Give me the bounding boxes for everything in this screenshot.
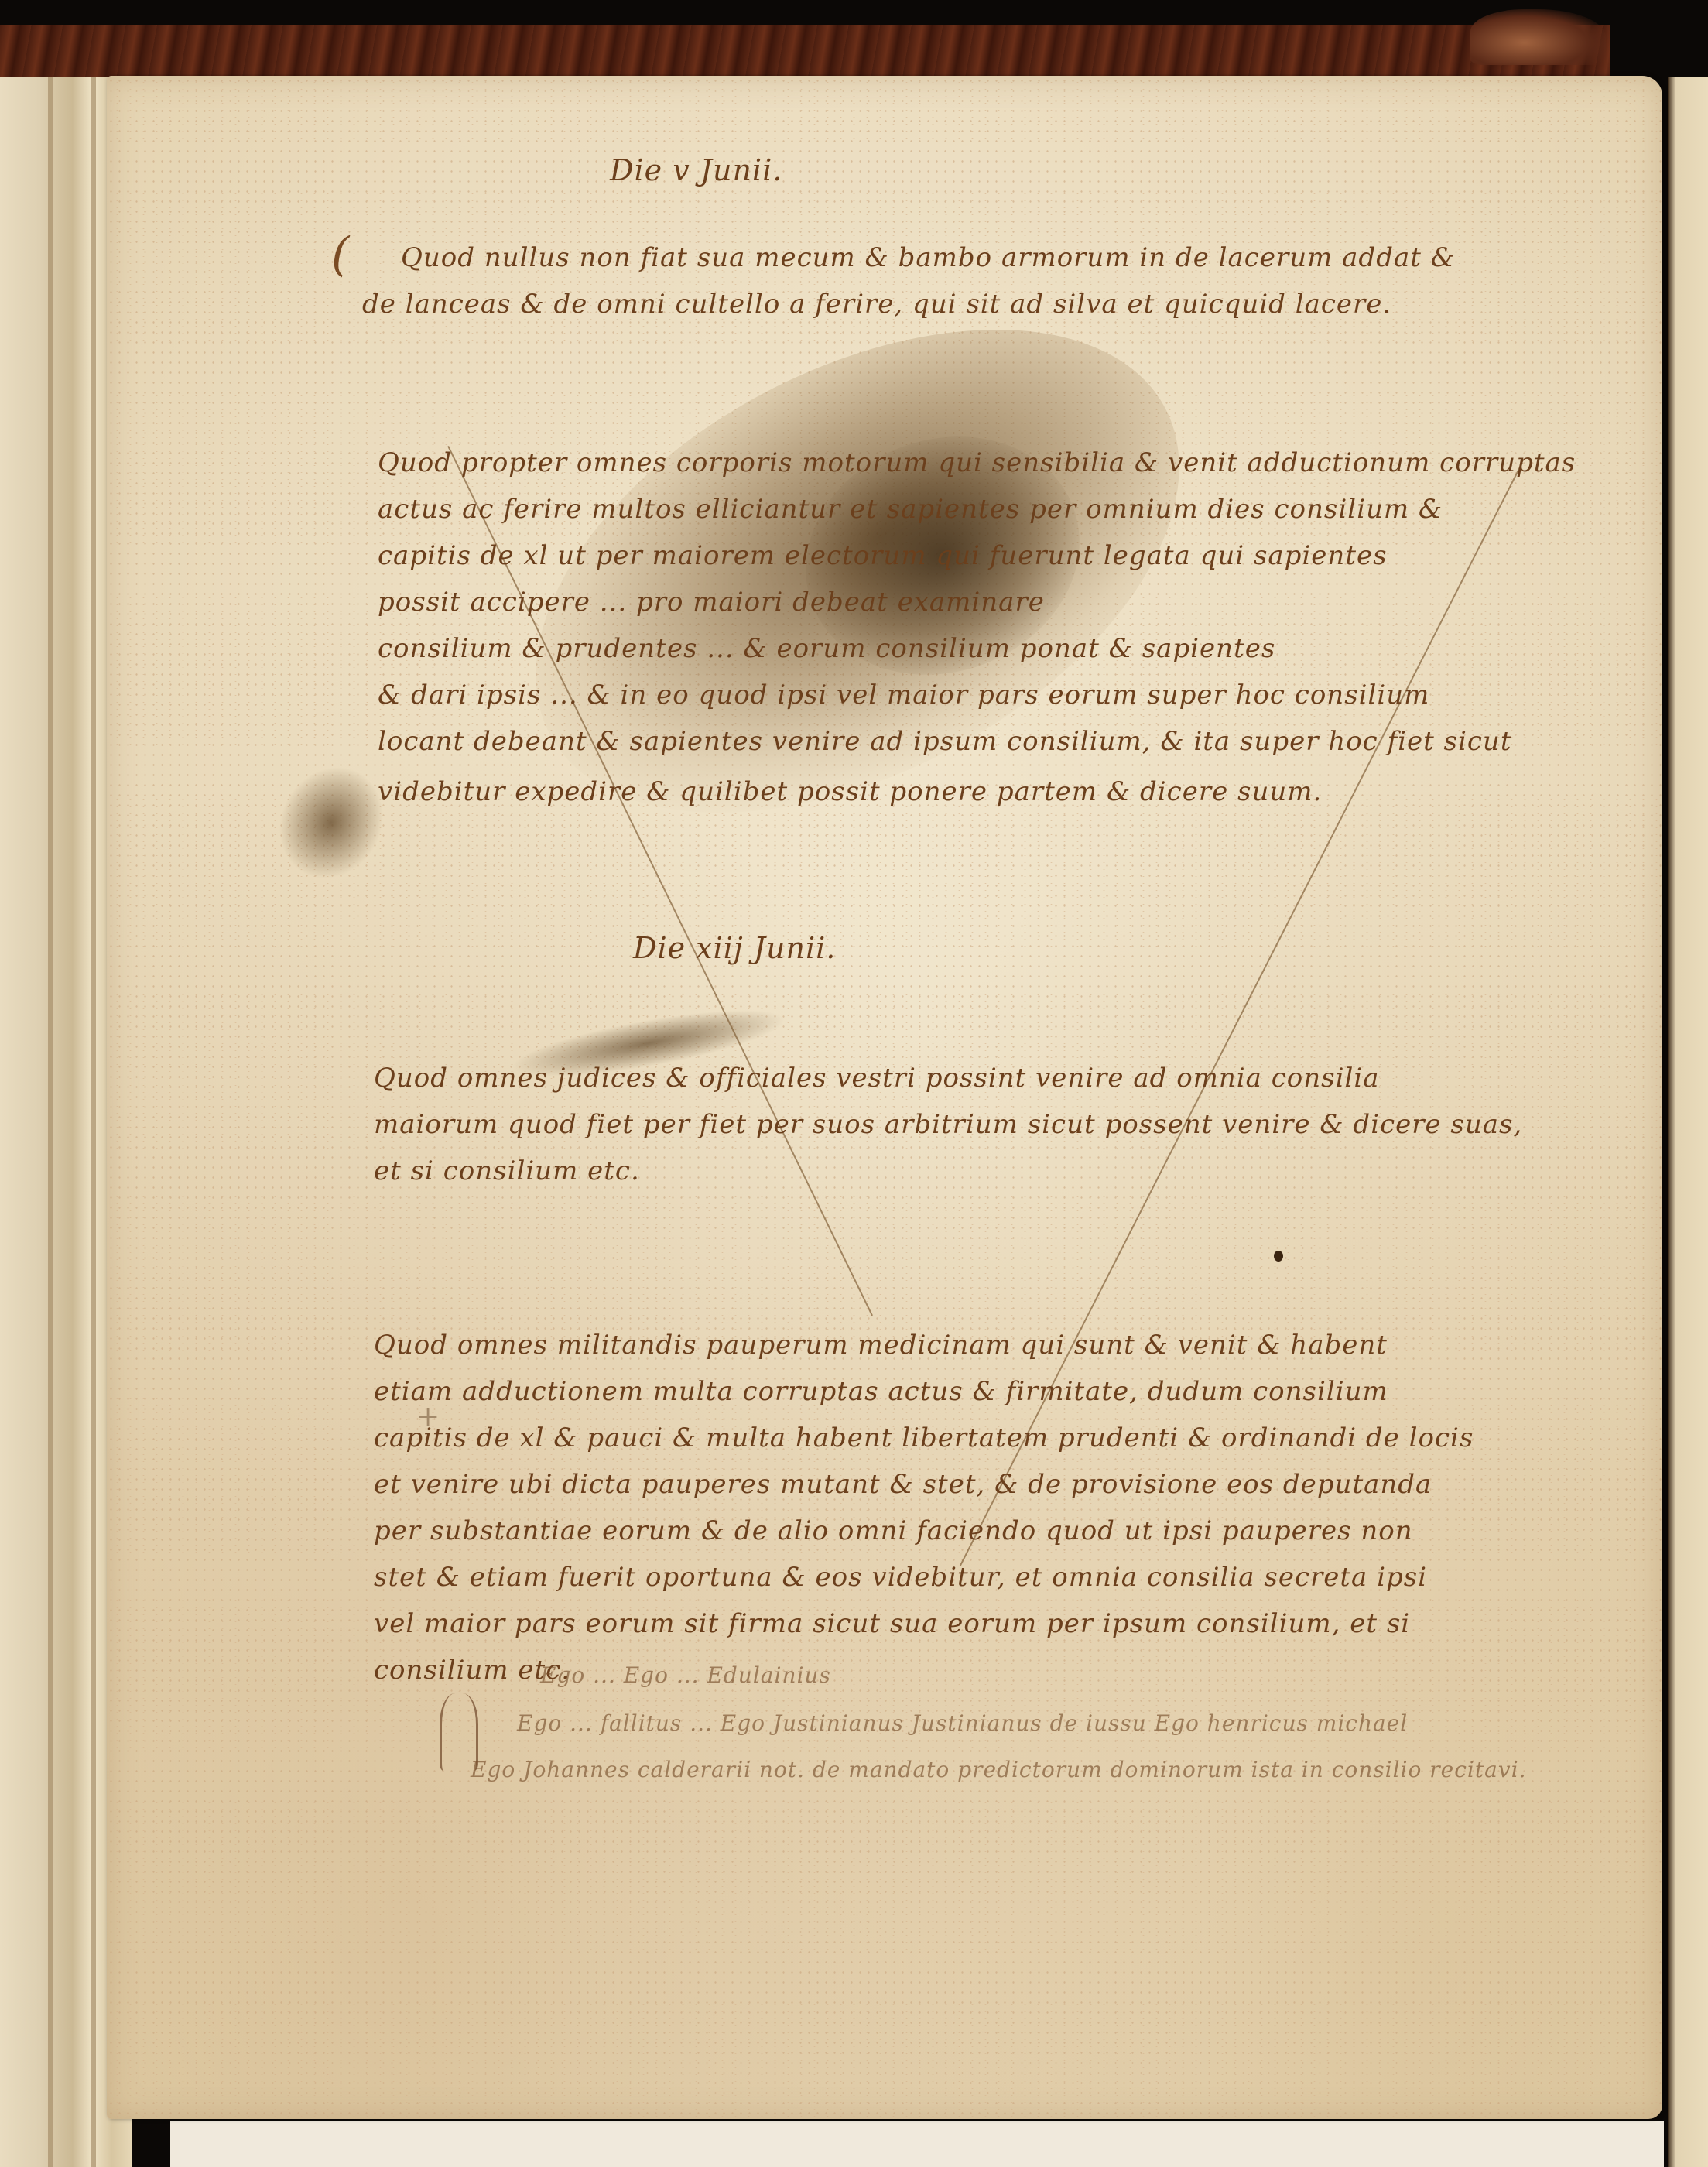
- entry-line: stet & etiam fuerit oportuna & eos videb…: [374, 1562, 1427, 1593]
- entry-heading: Die xiij Junii.: [633, 931, 836, 965]
- entry-line: vel maior pars eorum sit firma sicut sua…: [374, 1608, 1410, 1639]
- entry-line: locant debeant & sapientes venire ad ips…: [378, 726, 1511, 757]
- entry-line: capitis de xl ut per maiorem electorum q…: [378, 540, 1388, 571]
- entry-line: etiam adductionem multa corruptas actus …: [374, 1376, 1388, 1407]
- manuscript-folio: ( + Die v Junii. Quod nullus non fiat su…: [107, 76, 1662, 2119]
- entry-line: et si consilium etc.: [374, 1155, 640, 1186]
- entry-line: possit accipere ... pro maiori debeat ex…: [378, 587, 1045, 618]
- adjacent-page-edge: [1668, 77, 1708, 2167]
- entry-line: consilium & prudentes ... & eorum consil…: [378, 633, 1275, 664]
- frayed-ribbon: [1470, 9, 1606, 65]
- entry-line: & dari ipsis ... & in eo quod ipsi vel m…: [378, 680, 1429, 710]
- entry-line: actus ac ferire multos elliciantur et sa…: [378, 494, 1443, 525]
- entry-line: Quod omnes judices & officiales vestri p…: [374, 1063, 1380, 1094]
- entry-line: maiorum quod fiet per fiet per suos arbi…: [374, 1109, 1522, 1140]
- ink-blot: [1274, 1251, 1283, 1262]
- entry-line: Quod omnes militandis pauperum medicinam…: [374, 1330, 1388, 1361]
- subscription-line: Ego Johannes calderarii not. de mandato …: [471, 1757, 1526, 1782]
- entry-heading: Die v Junii.: [610, 153, 782, 187]
- entry-line: et venire ubi dicta pauperes mutant & st…: [374, 1469, 1432, 1500]
- spine-fold-line: [48, 77, 53, 2167]
- entry-line: videbitur expedire & quilibet possit pon…: [378, 776, 1322, 807]
- entry-line: Quod nullus non fiat sua mecum & bambo a…: [401, 242, 1455, 273]
- entry-line: Quod propter omnes corporis motorum qui …: [378, 447, 1576, 478]
- margin-bracket: (: [331, 228, 349, 282]
- subscription-line: Ego ... fallitus ... Ego Justinianus Jus…: [517, 1710, 1408, 1736]
- entry-line: per substantiae eorum & de alio omni fac…: [374, 1515, 1413, 1546]
- lower-leaf: [170, 2121, 1664, 2167]
- spine-fold-line: [91, 77, 96, 2167]
- subscription-line: Ego ... Ego ... Edulainius: [540, 1662, 831, 1688]
- entry-line: capitis de xl & pauci & multa habent lib…: [374, 1422, 1474, 1453]
- entry-line: de lanceas & de omni cultello a ferire, …: [362, 289, 1391, 320]
- wooden-cover-board: [0, 25, 1610, 77]
